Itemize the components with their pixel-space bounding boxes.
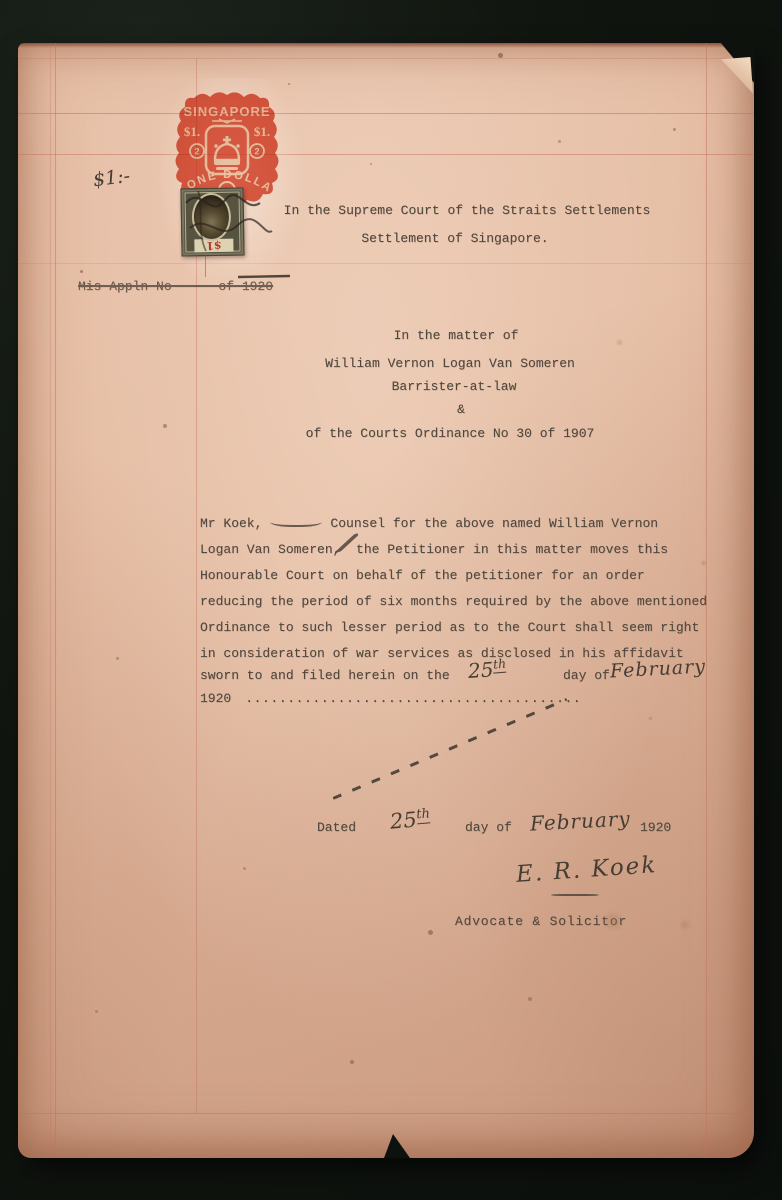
age-spot: [498, 53, 503, 58]
stain: [615, 339, 624, 346]
matter-name: William Vernon Logan Van Someren: [325, 354, 575, 374]
age-spot: [648, 716, 653, 721]
signature-underline: [551, 894, 599, 896]
body-line-5: Ordinance to such lesser period as to th…: [200, 618, 699, 638]
body-line-4: reducing the period of six months requir…: [200, 592, 707, 612]
age-spot: [243, 867, 246, 870]
body-line-1-pre: Mr Koek,: [200, 516, 262, 531]
dotted-leader: ........................................: [245, 691, 581, 706]
age-spot: [700, 560, 707, 566]
signature-handwritten: E. R. Koek: [515, 852, 658, 888]
stain: [678, 919, 692, 931]
sworn-day-number: 25: [467, 657, 494, 683]
age-spot: [288, 83, 290, 85]
handwritten-dated-month: February: [529, 806, 631, 835]
matter-ampersand: &: [457, 400, 465, 420]
pen-blank-line: [270, 517, 322, 527]
dated-label: Dated: [317, 818, 356, 838]
handwritten-sworn-month: February: [609, 656, 706, 683]
document-page: SINGAPORE $1. $1. 2 2 ONE DOLLAR: [18, 43, 754, 1158]
body-line-year: 1920....................................…: [200, 689, 581, 709]
body-line-1: Mr Koek,Counsel for the above named Will…: [200, 514, 658, 534]
ruled-line-horizontal-4: [18, 263, 754, 264]
header-settlement-line: Settlement of Singapore.: [361, 229, 548, 249]
age-spot: [163, 424, 167, 428]
stamp-value-right: $1.: [254, 124, 270, 139]
handwritten-fee-note: $1:-: [92, 165, 131, 191]
dated-year: 1920: [640, 818, 671, 838]
sworn-day-suffix: th: [493, 656, 507, 674]
ruled-line-vertical-left-outer: [50, 43, 51, 1158]
dated-mid: day of: [465, 818, 512, 838]
body-line-sworn: sworn to and filed herein on the: [200, 666, 450, 686]
pen-cancellation-marks: [168, 173, 308, 288]
matter-ordinance: of the Courts Ordinance No 30 of 1907: [306, 424, 595, 444]
year-typed: 1920: [200, 691, 231, 706]
age-spot: [428, 930, 433, 935]
age-spot: [350, 1060, 354, 1064]
sworn-typed-prefix: sworn to and filed herein on the: [200, 668, 450, 683]
matter-role: Barrister-at-law: [392, 377, 517, 397]
diagonal-pen-dash-line: [332, 698, 567, 800]
age-spot: [80, 270, 83, 273]
age-spot: [558, 140, 561, 143]
body-line-1-post: Counsel for the above named William Vern…: [330, 516, 658, 531]
stain: [600, 911, 626, 931]
age-spot: [95, 1010, 98, 1013]
ruled-line-horizontal-3: [18, 154, 754, 155]
stamp-value-left: $1.: [184, 124, 200, 139]
bottom-edge-tear: [384, 1134, 410, 1158]
matter-intro: In the matter of: [394, 326, 519, 346]
dated-day-number: 25: [389, 807, 418, 833]
ruled-line-vertical-left: [55, 43, 56, 1158]
stamp-country-label: SINGAPORE: [183, 104, 270, 119]
age-spot: [673, 128, 676, 131]
sworn-typed-mid: day of: [563, 666, 610, 686]
paper-top-edge: [18, 43, 754, 48]
body-line-2: Logan Van Someren, the Petitioner in thi…: [200, 540, 668, 560]
age-spot: [528, 997, 532, 1001]
header-court-line: In the Supreme Court of the Straits Sett…: [284, 201, 651, 221]
stamp-die-left: 2: [194, 147, 199, 157]
dated-day-suffix: th: [416, 806, 431, 824]
ruled-line-horizontal-2: [18, 113, 754, 114]
dog-ear-fold: [721, 57, 753, 95]
age-spot: [370, 163, 372, 165]
ruled-line-horizontal-1: [18, 58, 754, 59]
age-spot: [116, 657, 119, 660]
handwritten-dated-day: 25th: [389, 806, 431, 833]
stamp-die-right: 2: [254, 147, 259, 157]
body-line-3: Honourable Court on behalf of the petiti…: [200, 566, 645, 586]
handwritten-sworn-day: 25th: [467, 656, 507, 683]
ruled-line-horizontal-bottom: [18, 1113, 754, 1114]
scanned-document: SINGAPORE $1. $1. 2 2 ONE DOLLAR: [0, 0, 782, 1200]
